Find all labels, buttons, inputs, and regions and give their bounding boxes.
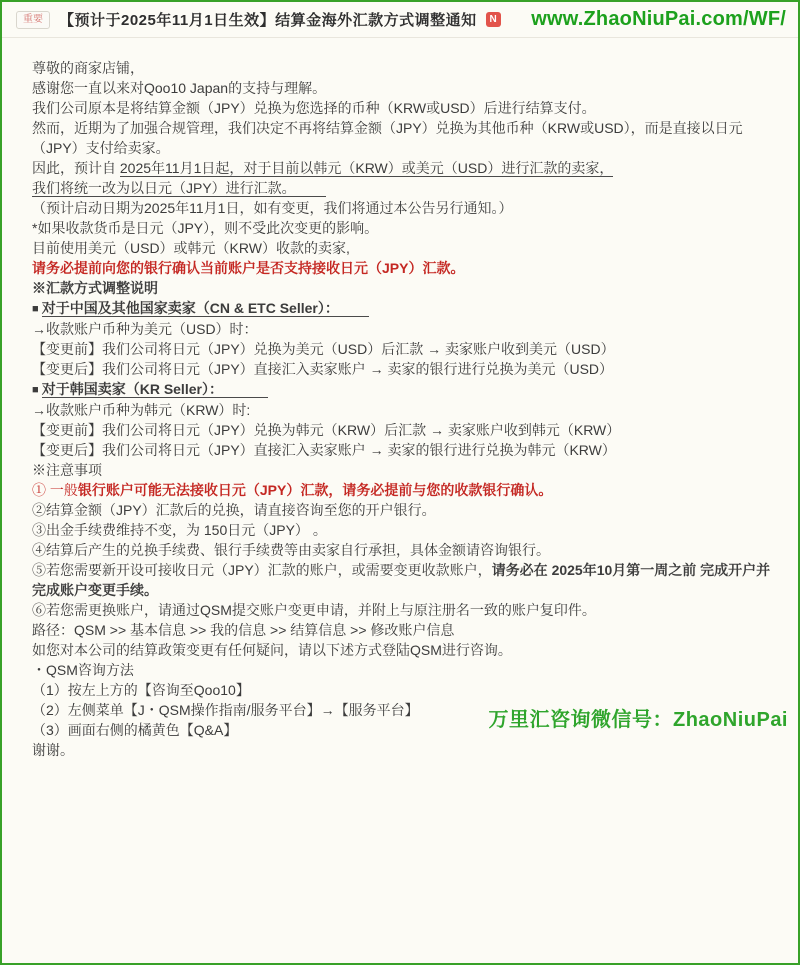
policy-change-line: 我们将统一改为以日元（JPY）进行汇款。 — [32, 178, 784, 198]
note-5: ⑤若您需要新开设可接收日元（JPY）汇款的账户，或需要变更收款账户，请务必在 2… — [32, 560, 784, 600]
notice-header: 重要 【预计于2025年11月1日生效】结算金海外汇款方式调整通知 N www.… — [2, 2, 798, 38]
current-sellers-line: 目前使用美元（USD）或韩元（KRW）收款的卖家, — [32, 238, 784, 258]
inquiry-intro-line: 如您对本公司的结算政策变更有任何疑问，请以下述方式登陆QSM进行咨询。 — [32, 640, 784, 660]
start-date-note: （预计启动日期为2025年11月1日，如有变更，我们将通过本公告另行通知。） — [32, 198, 784, 218]
section-title-adjustment: ※汇款方式调整说明 — [32, 278, 784, 298]
note-3: ③出金手续费维持不变，为 150日元（JPY） 。 — [32, 520, 784, 540]
notice-page: 重要 【预计于2025年11月1日生效】结算金海外汇款方式调整通知 N www.… — [0, 0, 800, 965]
notice-title: 【预计于2025年11月1日生效】结算金海外汇款方式调整通知 — [59, 9, 477, 30]
greeting-line: 尊敬的商家店铺， — [32, 58, 784, 78]
qsm-method-heading: ・QSM咨询方法 — [32, 660, 784, 680]
cn-before-line: 【变更前】我们公司将日元（JPY）兑换为美元（USD）后汇款 → 卖家账户收到美… — [32, 339, 784, 359]
effective-date-underlined: 2025年11月1日起，对于目前以韩元（KRW）或美元（USD）进行汇款的卖家， — [120, 160, 613, 177]
watermark-wechat: 万里汇咨询微信号：ZhaoNiuPai — [488, 703, 788, 732]
important-badge: 重要 — [16, 11, 50, 29]
bank-confirm-warning: 请务必提前向您的银行确认当前账户是否支持接收日元（JPY）汇款。 — [32, 258, 784, 278]
note-2: ②结算金额（JPY）汇款后的兑换，请直接咨询至您的开户银行。 — [32, 500, 784, 520]
note-6: ⑥若您需更换账户，请通过QSM提交账户变更申请，并附上与原注册名一致的账户复印件… — [32, 600, 784, 620]
square-bullet-icon: ■ — [32, 384, 42, 396]
kr-seller-heading: ■ 对于韩国卖家（KR Seller）： — [32, 379, 784, 400]
square-bullet-icon: ■ — [32, 303, 42, 315]
thanks-line: 谢谢。 — [32, 740, 784, 760]
cn-seller-heading-text: 对于中国及其他国家卖家（CN & ETC Seller）： — [42, 300, 369, 317]
policy-change-underlined: 我们将统一改为以日元（JPY）进行汇款。 — [32, 180, 326, 197]
section-title-notes: ※注意事项 — [32, 460, 784, 480]
qsm-method-step-1: （1）按左上方的【咨询至Qoo10】 — [32, 680, 784, 700]
kr-before-line: 【变更前】我们公司将日元（JPY）兑换为韩元（KRW）后汇款 → 卖家账户收到韩… — [32, 420, 784, 440]
notice-body: 尊敬的商家店铺， 感谢您一直以来对Qoo10 Japan的支持与理解。 我们公司… — [2, 38, 798, 760]
intro-line: 然而，近期为了加强合规管理，我们决定不再将结算金额（JPY）兑换为其他币种（KR… — [32, 118, 784, 158]
cn-seller-heading: ■ 对于中国及其他国家卖家（CN & ETC Seller）： — [32, 298, 784, 319]
jpy-exempt-note: *如果收款货币是日元（JPY），则不受此次变更的影响。 — [32, 218, 784, 238]
note-5-prefix: ⑤若您需要新开设可接收日元（JPY）汇款的账户，或需要变更收款账户， — [32, 562, 492, 578]
new-icon: N — [486, 12, 501, 27]
effective-date-prefix: 因此，预计自 — [32, 160, 120, 176]
note-1-warning: 银行账户可能无法接收日元（JPY）汇款，请务必提前与您的收款银行确认。 — [78, 482, 552, 498]
intro-line: 我们公司原本是将结算金额（JPY）兑换为您选择的币种（KRW或USD）后进行结算… — [32, 98, 784, 118]
kr-seller-heading-text: 对于韩国卖家（KR Seller）： — [42, 381, 268, 398]
greeting-line: 感谢您一直以来对Qoo10 Japan的支持与理解。 — [32, 78, 784, 98]
effective-date-line: 因此，预计自 2025年11月1日起，对于目前以韩元（KRW）或美元（USD）进… — [32, 158, 784, 178]
kr-after-line: 【变更后】我们公司将日元（JPY）直接汇入卖家账户 → 卖家的银行进行兑换为韩元… — [32, 440, 784, 460]
note-4: ④结算后产生的兑换手续费、银行手续费等由卖家自行承担，具体金额请咨询银行。 — [32, 540, 784, 560]
cn-after-line: 【变更后】我们公司将日元（JPY）直接汇入卖家账户 → 卖家的银行进行兑换为美元… — [32, 359, 784, 379]
qsm-path-line: 路径：QSM >> 基本信息 >> 我的信息 >> 结算信息 >> 修改账户信息 — [32, 620, 784, 640]
watermark-url: www.ZhaoNiuPai.com/WF/ — [531, 8, 786, 31]
kr-account-line: →收款账户币种为韩元（KRW）时: — [32, 400, 784, 420]
note-1: ① 一般银行账户可能无法接收日元（JPY）汇款，请务必提前与您的收款银行确认。 — [32, 480, 784, 500]
note-1-prefix: ① 一般 — [32, 482, 78, 498]
cn-account-line: →收款账户币种为美元（USD）时： — [32, 319, 784, 339]
